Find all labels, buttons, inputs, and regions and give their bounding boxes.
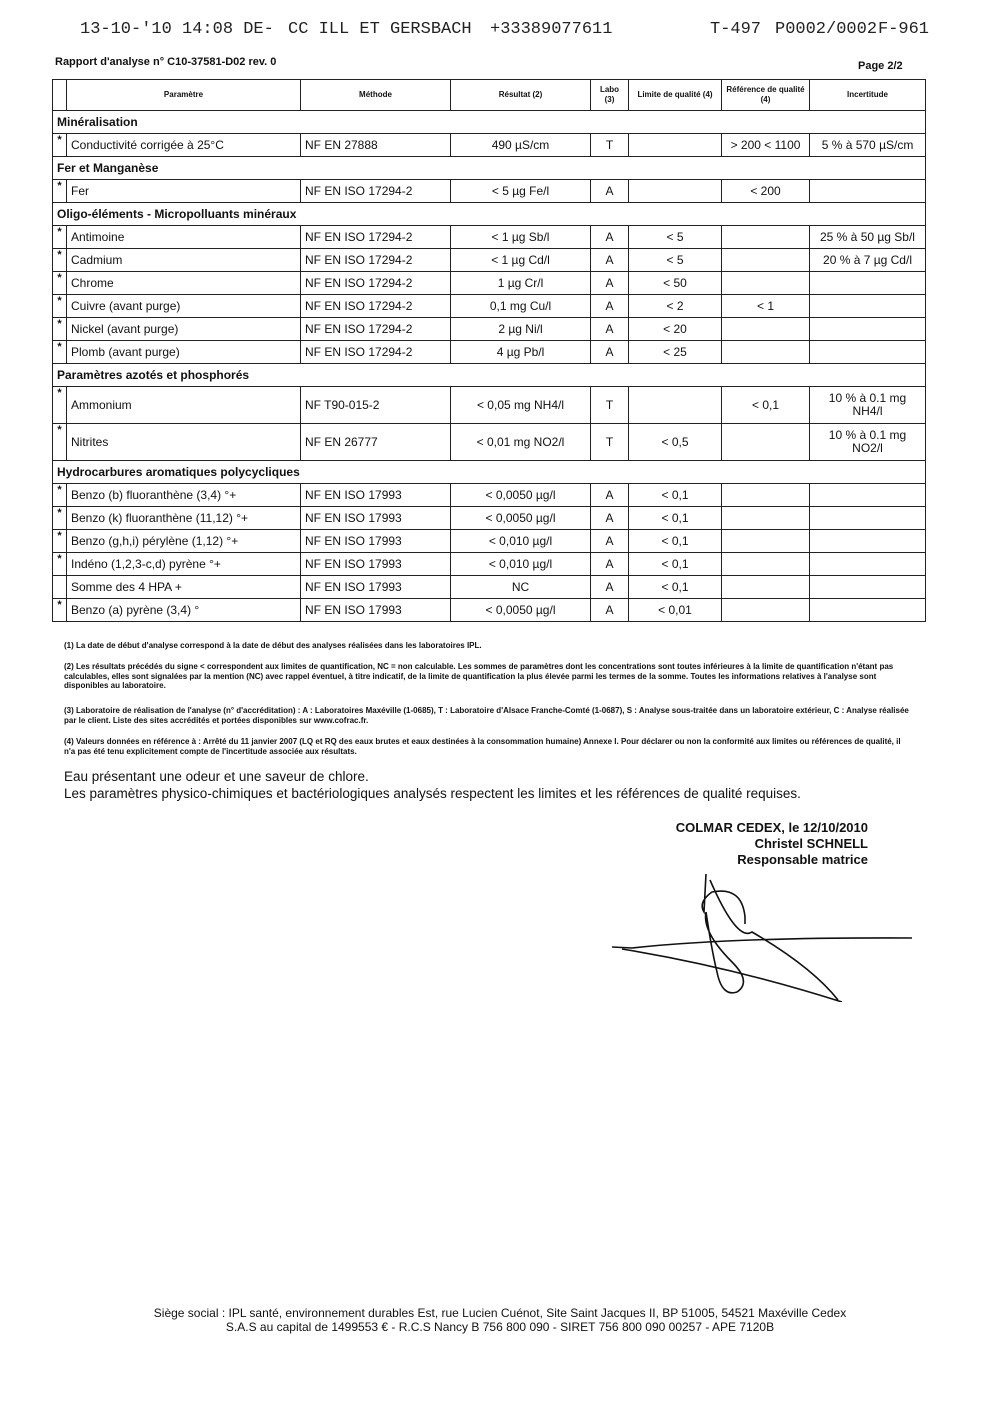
fax-phone: +33389077611 [490, 20, 612, 39]
cell-labo: A [591, 576, 629, 599]
cell-labo: A [591, 553, 629, 576]
cell-methode: NF EN ISO 17294-2 [301, 226, 451, 249]
accreditation-marker: * [53, 424, 67, 461]
table-row: *Benzo (g,h,i) pérylène (1,12) °+NF EN I… [53, 530, 926, 553]
cell-limite [629, 180, 722, 203]
cell-incertitude: 20 % à 7 µg Cd/l [810, 249, 926, 272]
cell-parametre: Nickel (avant purge) [67, 318, 301, 341]
cell-limite: < 0,1 [629, 530, 722, 553]
cell-reference [722, 226, 810, 249]
table-row: *AntimoineNF EN ISO 17294-2< 1 µg Sb/lA<… [53, 226, 926, 249]
cell-parametre: Ammonium [67, 387, 301, 424]
accreditation-marker: * [53, 295, 67, 318]
cell-methode: NF T90-015-2 [301, 387, 451, 424]
table-row: *NitritesNF EN 26777< 0,01 mg NO2/lT< 0,… [53, 424, 926, 461]
accreditation-marker: * [53, 318, 67, 341]
cell-methode: NF EN 26777 [301, 424, 451, 461]
cell-resultat: < 0,010 µg/l [451, 553, 591, 576]
column-header: Limite de qualité (4) [629, 80, 722, 111]
column-header [53, 80, 67, 111]
cell-reference: < 1 [722, 295, 810, 318]
cell-incertitude [810, 272, 926, 295]
cell-limite: < 20 [629, 318, 722, 341]
accreditation-marker: * [53, 180, 67, 203]
cell-reference [722, 530, 810, 553]
cell-parametre: Conductivité corrigée à 25°C [67, 134, 301, 157]
table-row: *Indéno (1,2,3-c,d) pyrène °+NF EN ISO 1… [53, 553, 926, 576]
column-header: Paramètre [67, 80, 301, 111]
footnote: (4) Valeurs données en référence à : Arr… [64, 737, 914, 756]
cell-incertitude [810, 553, 926, 576]
cell-incertitude [810, 341, 926, 364]
cell-methode: NF EN ISO 17294-2 [301, 249, 451, 272]
fax-transmission: T-497 [710, 20, 761, 39]
cell-parametre: Antimoine [67, 226, 301, 249]
cell-limite: < 25 [629, 341, 722, 364]
cell-methode: NF EN 27888 [301, 134, 451, 157]
cell-reference [722, 599, 810, 622]
cell-labo: T [591, 387, 629, 424]
cell-resultat: 4 µg Pb/l [451, 341, 591, 364]
cell-incertitude [810, 530, 926, 553]
cell-limite: < 5 [629, 226, 722, 249]
cell-reference [722, 249, 810, 272]
section-row: Minéralisation [53, 111, 926, 134]
column-header: Référence de qualité (4) [722, 80, 810, 111]
cell-reference [722, 341, 810, 364]
cell-resultat: NC [451, 576, 591, 599]
cell-methode: NF EN ISO 17993 [301, 553, 451, 576]
cell-methode: NF EN ISO 17993 [301, 576, 451, 599]
signatory-role: Responsable matrice [676, 852, 868, 868]
accreditation-marker: * [53, 272, 67, 295]
cell-methode: NF EN ISO 17993 [301, 484, 451, 507]
cell-resultat: < 0,01 mg NO2/l [451, 424, 591, 461]
cell-resultat: 2 µg Ni/l [451, 318, 591, 341]
section-row: Hydrocarbures aromatiques polycycliques [53, 461, 926, 484]
cell-limite: < 0,1 [629, 484, 722, 507]
footnote: (2) Les résultats précédés du signe < co… [64, 662, 914, 691]
cell-resultat: < 5 µg Fe/l [451, 180, 591, 203]
cell-limite: < 0,5 [629, 424, 722, 461]
cell-methode: NF EN ISO 17294-2 [301, 295, 451, 318]
page-number: Page 2/2 [858, 60, 903, 72]
cell-resultat: 1 µg Cr/l [451, 272, 591, 295]
cell-methode: NF EN ISO 17993 [301, 507, 451, 530]
cell-resultat: < 0,0050 µg/l [451, 507, 591, 530]
cell-incertitude: 25 % à 50 µg Sb/l [810, 226, 926, 249]
cell-methode: NF EN ISO 17993 [301, 599, 451, 622]
cell-reference: < 200 [722, 180, 810, 203]
cell-limite: < 0,1 [629, 507, 722, 530]
table-row: *CadmiumNF EN ISO 17294-2< 1 µg Cd/lA< 5… [53, 249, 926, 272]
section-title: Oligo-éléments - Micropolluants minéraux [53, 203, 926, 226]
cell-resultat: 490 µS/cm [451, 134, 591, 157]
column-header: Méthode [301, 80, 451, 111]
cell-parametre: Cadmium [67, 249, 301, 272]
cell-methode: NF EN ISO 17294-2 [301, 180, 451, 203]
cell-incertitude: 10 % à 0.1 mg NO2/l [810, 424, 926, 461]
section-title: Paramètres azotés et phosphorés [53, 364, 926, 387]
cell-parametre: Chrome [67, 272, 301, 295]
cell-reference: > 200 < 1100 [722, 134, 810, 157]
footer-legal: S.A.S au capital de 1499553 € - R.C.S Na… [0, 1320, 1000, 1334]
cell-limite: < 0,1 [629, 576, 722, 599]
signatory-name: Christel SCHNELL [676, 836, 868, 852]
cell-labo: A [591, 272, 629, 295]
place-date: COLMAR CEDEX, le 12/10/2010 [676, 820, 868, 836]
cell-labo: A [591, 341, 629, 364]
table-row: Somme des 4 HPA +NF EN ISO 17993NCA< 0,1 [53, 576, 926, 599]
section-title: Fer et Manganèse [53, 157, 926, 180]
cell-resultat: < 0,0050 µg/l [451, 484, 591, 507]
cell-limite: < 5 [629, 249, 722, 272]
results-table: ParamètreMéthodeRésultat (2)Labo (3)Limi… [52, 79, 926, 622]
cell-parametre: Indéno (1,2,3-c,d) pyrène °+ [67, 553, 301, 576]
accreditation-marker: * [53, 341, 67, 364]
cell-labo: A [591, 484, 629, 507]
section-row: Paramètres azotés et phosphorés [53, 364, 926, 387]
cell-limite: < 50 [629, 272, 722, 295]
accreditation-marker: * [53, 387, 67, 424]
cell-resultat: < 1 µg Sb/l [451, 226, 591, 249]
cell-labo: A [591, 507, 629, 530]
cell-incertitude [810, 599, 926, 622]
cell-parametre: Benzo (k) fluoranthène (11,12) °+ [67, 507, 301, 530]
accreditation-marker: * [53, 134, 67, 157]
cell-labo: A [591, 599, 629, 622]
cell-reference [722, 272, 810, 295]
cell-incertitude [810, 318, 926, 341]
cell-resultat: < 1 µg Cd/l [451, 249, 591, 272]
cell-reference [722, 576, 810, 599]
table-row: *Cuivre (avant purge)NF EN ISO 17294-20,… [53, 295, 926, 318]
signature-block: COLMAR CEDEX, le 12/10/2010 Christel SCH… [676, 820, 868, 868]
table-row: *FerNF EN ISO 17294-2< 5 µg Fe/lA< 200 [53, 180, 926, 203]
cell-resultat: < 0,0050 µg/l [451, 599, 591, 622]
cell-labo: A [591, 318, 629, 341]
cell-resultat: 0,1 mg Cu/l [451, 295, 591, 318]
cell-labo: A [591, 226, 629, 249]
cell-incertitude [810, 484, 926, 507]
section-row: Fer et Manganèse [53, 157, 926, 180]
cell-parametre: Fer [67, 180, 301, 203]
cell-resultat: < 0,010 µg/l [451, 530, 591, 553]
accreditation-marker: * [53, 226, 67, 249]
cell-labo: A [591, 249, 629, 272]
cell-methode: NF EN ISO 17294-2 [301, 272, 451, 295]
table-row: *ChromeNF EN ISO 17294-21 µg Cr/lA< 50 [53, 272, 926, 295]
conclusion-line: Les paramètres physico-chimiques et bact… [64, 785, 801, 802]
cell-incertitude: 10 % à 0.1 mg NH4/l [810, 387, 926, 424]
section-title: Minéralisation [53, 111, 926, 134]
fax-sender: CC ILL ET GERSBACH [288, 20, 472, 39]
cell-reference [722, 553, 810, 576]
cell-limite: < 2 [629, 295, 722, 318]
table-row: *AmmoniumNF T90-015-2< 0,05 mg NH4/lT< 0… [53, 387, 926, 424]
fax-code: F-961 [878, 20, 929, 39]
table-row: *Nickel (avant purge)NF EN ISO 17294-22 … [53, 318, 926, 341]
cell-methode: NF EN ISO 17294-2 [301, 318, 451, 341]
cell-incertitude [810, 180, 926, 203]
cell-parametre: Benzo (a) pyrène (3,4) ° [67, 599, 301, 622]
conclusion-line: Eau présentant une odeur et une saveur d… [64, 768, 801, 785]
accreditation-marker: * [53, 599, 67, 622]
cell-limite [629, 387, 722, 424]
cell-methode: NF EN ISO 17294-2 [301, 341, 451, 364]
accreditation-marker: * [53, 249, 67, 272]
footnote: (1) La date de début d'analyse correspon… [64, 641, 914, 651]
cell-parametre: Benzo (b) fluoranthène (3,4) °+ [67, 484, 301, 507]
accreditation-marker: * [53, 484, 67, 507]
fax-pages: P0002/0002 [775, 20, 877, 39]
accreditation-marker: * [53, 553, 67, 576]
column-header: Résultat (2) [451, 80, 591, 111]
accreditation-marker: * [53, 507, 67, 530]
table-row: *Benzo (a) pyrène (3,4) °NF EN ISO 17993… [53, 599, 926, 622]
cell-reference [722, 318, 810, 341]
cell-parametre: Plomb (avant purge) [67, 341, 301, 364]
cell-resultat: < 0,05 mg NH4/l [451, 387, 591, 424]
accreditation-marker [53, 576, 67, 599]
cell-incertitude [810, 576, 926, 599]
fax-datetime: 13-10-'10 14:08 DE- [80, 20, 274, 39]
column-header: Labo (3) [591, 80, 629, 111]
cell-reference: < 0,1 [722, 387, 810, 424]
conclusion: Eau présentant une odeur et une saveur d… [64, 768, 801, 802]
cell-methode: NF EN ISO 17993 [301, 530, 451, 553]
report-title: Rapport d'analyse n° C10-37581-D02 rev. … [55, 56, 276, 68]
cell-limite: < 0,1 [629, 553, 722, 576]
section-row: Oligo-éléments - Micropolluants minéraux [53, 203, 926, 226]
cell-incertitude: 5 % à 570 µS/cm [810, 134, 926, 157]
table-row: *Plomb (avant purge)NF EN ISO 17294-24 µ… [53, 341, 926, 364]
cell-reference [722, 424, 810, 461]
table-row: *Benzo (k) fluoranthène (11,12) °+NF EN … [53, 507, 926, 530]
cell-incertitude [810, 507, 926, 530]
cell-labo: T [591, 134, 629, 157]
cell-limite [629, 134, 722, 157]
cell-reference [722, 484, 810, 507]
cell-parametre: Cuivre (avant purge) [67, 295, 301, 318]
cell-labo: T [591, 424, 629, 461]
cell-limite: < 0,01 [629, 599, 722, 622]
cell-labo: A [591, 530, 629, 553]
cell-parametre: Benzo (g,h,i) pérylène (1,12) °+ [67, 530, 301, 553]
cell-parametre: Somme des 4 HPA + [67, 576, 301, 599]
footnote: (3) Laboratoire de réalisation de l'anal… [64, 706, 914, 725]
cell-labo: A [591, 180, 629, 203]
footer-address: Siège social : IPL santé, environnement … [0, 1306, 1000, 1320]
accreditation-marker: * [53, 530, 67, 553]
cell-labo: A [591, 295, 629, 318]
cell-parametre: Nitrites [67, 424, 301, 461]
cell-reference [722, 507, 810, 530]
column-header: Incertitude [810, 80, 926, 111]
footer: Siège social : IPL santé, environnement … [0, 1306, 1000, 1334]
table-row: *Conductivité corrigée à 25°CNF EN 27888… [53, 134, 926, 157]
table-row: *Benzo (b) fluoranthène (3,4) °+NF EN IS… [53, 484, 926, 507]
cell-incertitude [810, 295, 926, 318]
section-title: Hydrocarbures aromatiques polycycliques [53, 461, 926, 484]
handwritten-signature-icon [612, 872, 912, 1002]
